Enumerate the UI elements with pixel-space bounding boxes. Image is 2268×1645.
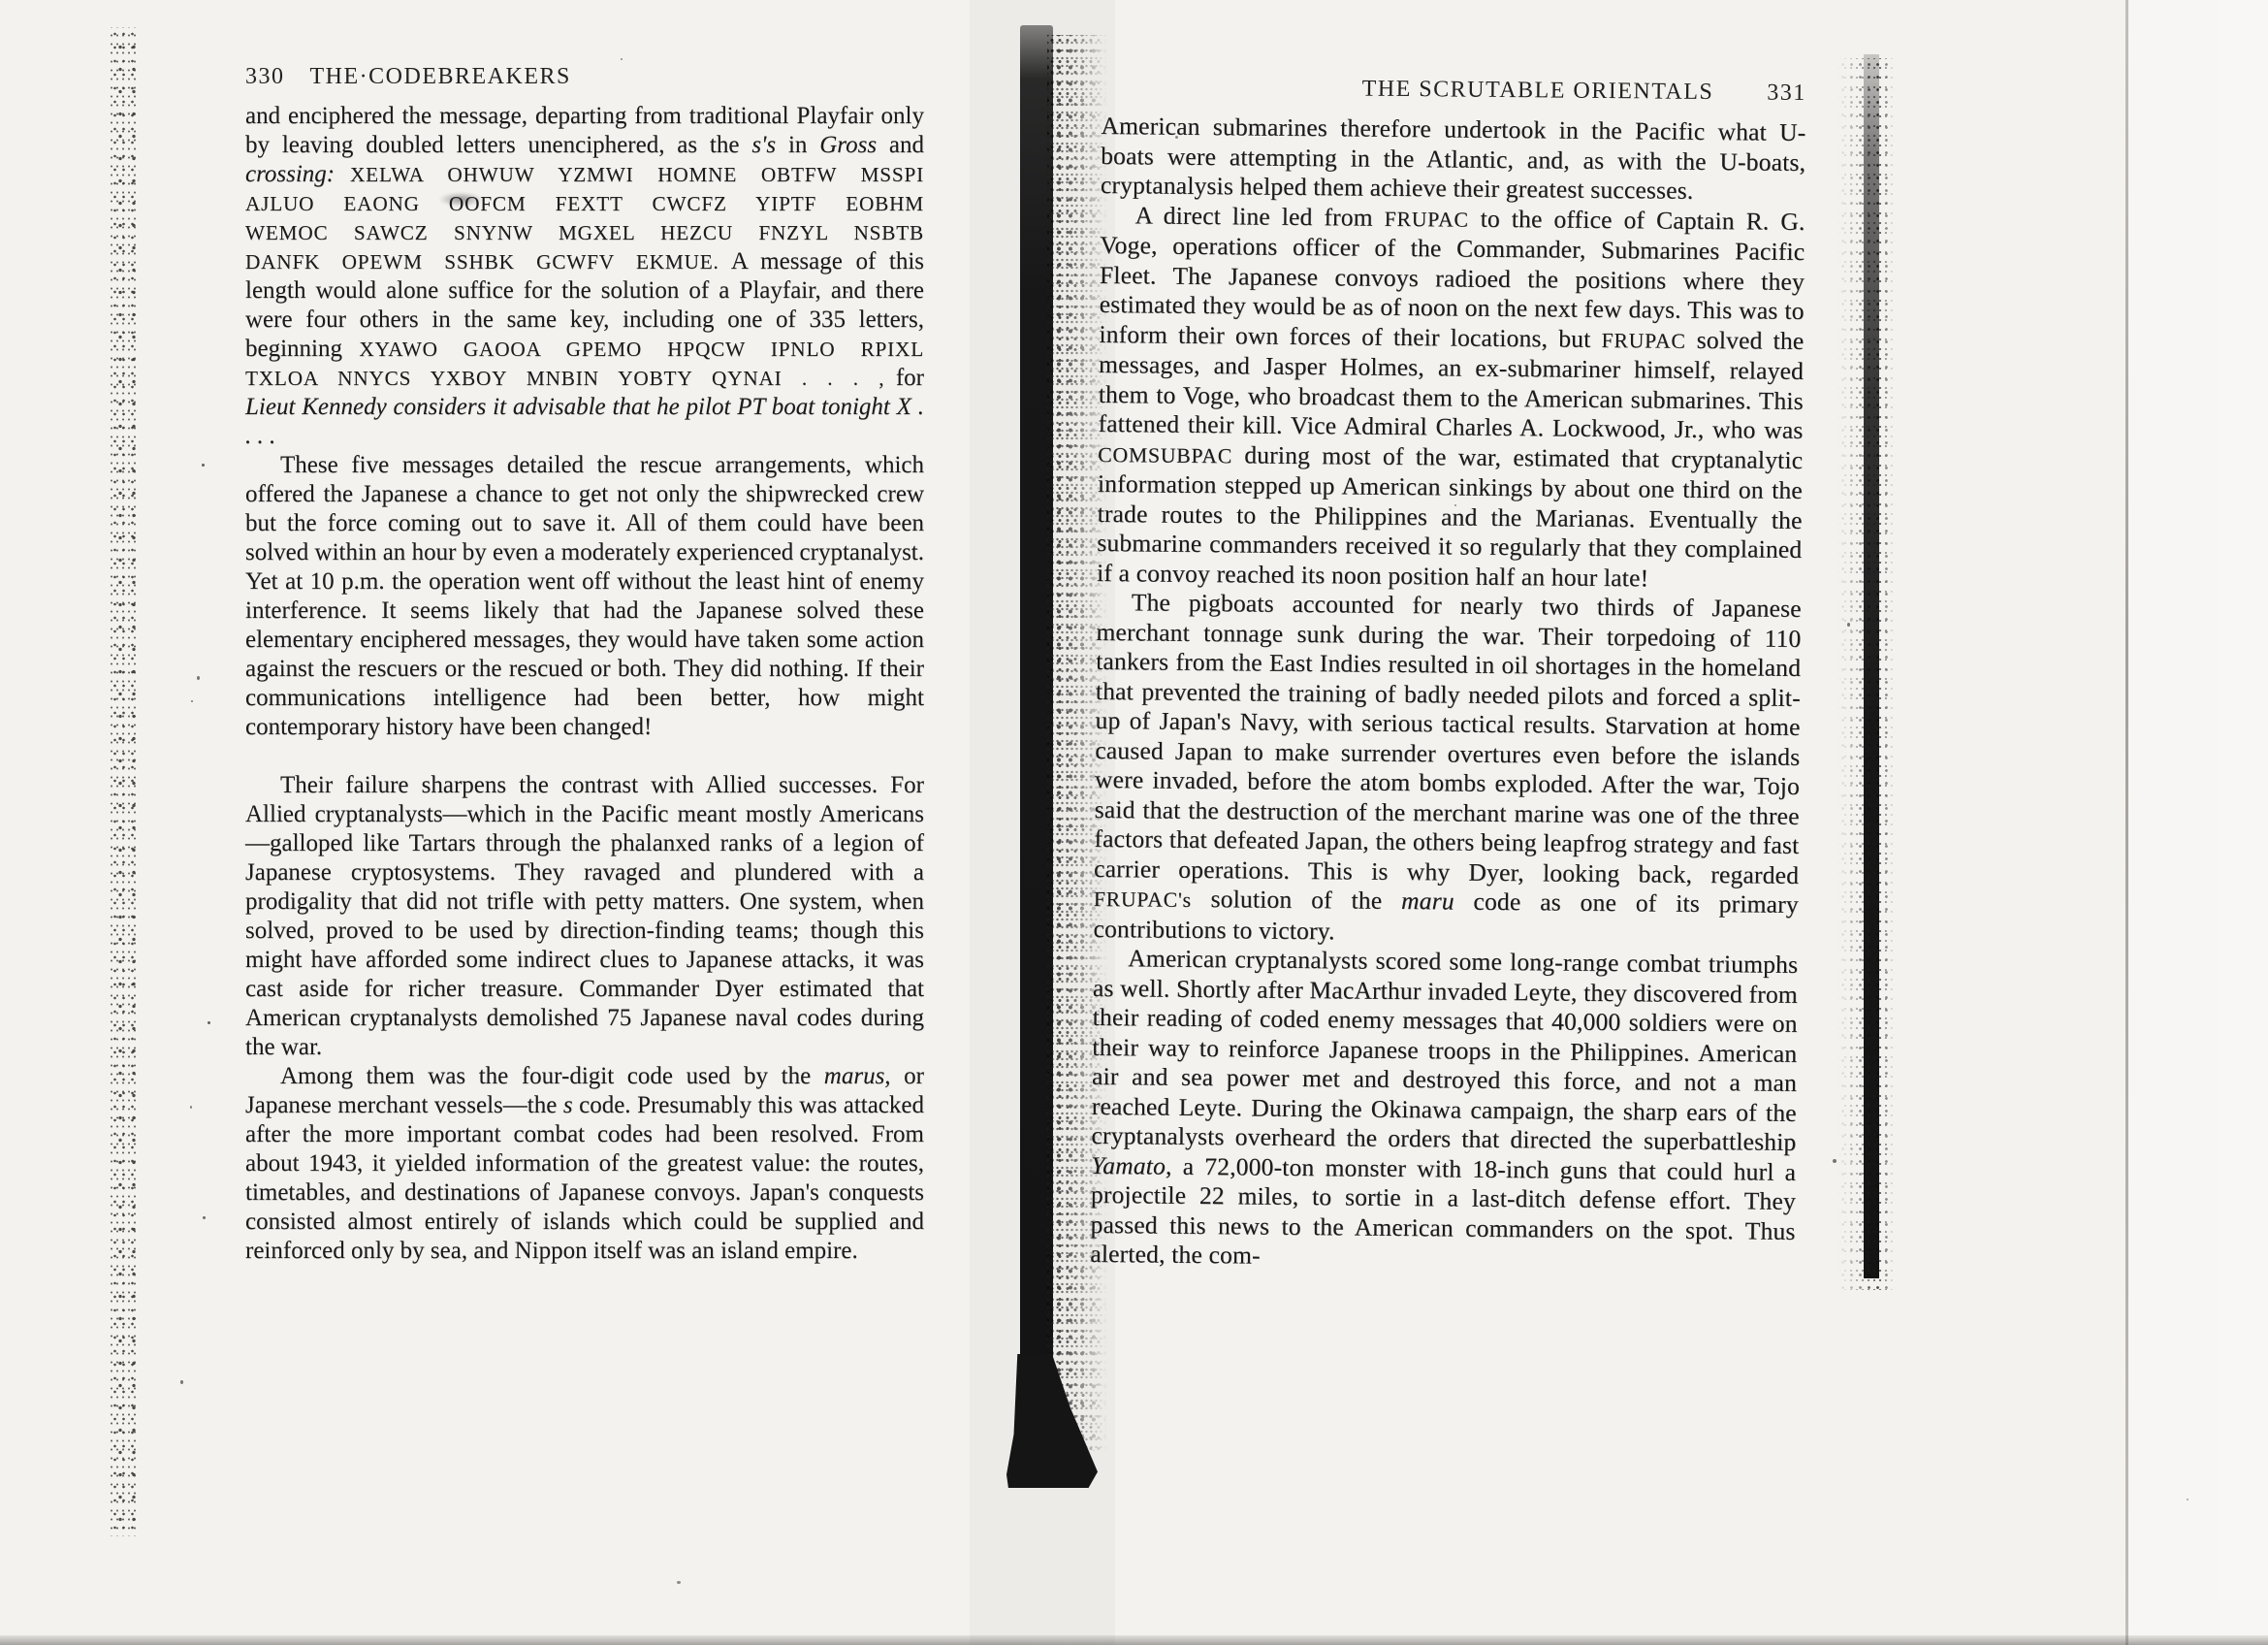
right-paragraph-4: American cryptanalysts scored some long-…	[1090, 944, 1798, 1275]
scanned-book-spread: 330 THE·CODEBREAKERS and enciphered the …	[0, 0, 2268, 1645]
left-page-number: 330	[245, 64, 285, 90]
text-segment: and	[877, 132, 924, 158]
scan-background-right	[2128, 0, 2268, 1645]
text-segment: a 72,000-ton monster with 18-inch guns t…	[1090, 1151, 1796, 1269]
text-segment: maru	[1401, 887, 1454, 916]
text-segment: Among them was the four-digit code used …	[280, 1063, 824, 1089]
right-running-head-title: THE SCRUTABLE ORIENTALS	[1362, 77, 1714, 106]
binding-shade	[970, 0, 1115, 1645]
text-segment: American cryptanalysts scored some long-…	[1091, 944, 1798, 1156]
scanner-bottom-edge	[0, 1635, 2268, 1645]
speck	[677, 1581, 681, 1584]
speck	[2187, 1499, 2188, 1500]
right-paragraph-3: The pigboats accounted for nearly two th…	[1093, 588, 1801, 951]
right-running-head: THE SCRUTABLE ORIENTALS 331	[1102, 74, 1806, 107]
left-paragraph-4: Among them was the four-digit code used …	[245, 1062, 924, 1266]
text-segment: FRUPAC	[1601, 328, 1685, 352]
text-segment: Their failure sharpens the contrast with…	[245, 772, 924, 1060]
speck	[208, 1021, 210, 1024]
binding-ink-blot	[1006, 1354, 1098, 1488]
right-page: THE SCRUTABLE ORIENTALS 331 American sub…	[1090, 74, 1806, 1275]
left-running-head-title: THE·CODEBREAKERS	[310, 64, 571, 90]
text-segment: Gross	[819, 132, 877, 158]
right-paragraph-1: American submarines therefore undertook …	[1101, 112, 1806, 207]
left-page: 330 THE·CODEBREAKERS and enciphered the …	[245, 64, 924, 1266]
page-edge-noise	[1838, 58, 1895, 1290]
text-segment: s's	[751, 132, 776, 158]
speck	[621, 58, 623, 60]
left-edge-noise	[109, 27, 138, 1536]
binding-shadow-bar	[1020, 25, 1053, 1364]
text-segment: marus,	[824, 1063, 891, 1089]
text-segment: for	[884, 365, 924, 391]
speck	[202, 464, 205, 467]
text-segment: FRUPAC	[1385, 207, 1469, 231]
right-paragraph-2: A direct line led from FRUPAC to the off…	[1097, 200, 1805, 594]
text-segment: s	[563, 1092, 573, 1118]
text-segment: Lieut Kennedy considers it advisable tha…	[245, 394, 924, 449]
right-page-number: 331	[1767, 81, 1806, 107]
speck	[180, 1380, 183, 1384]
text-segment: The pigboats accounted for nearly two th…	[1094, 588, 1802, 888]
speck	[190, 1106, 192, 1109]
text-segment: Yamato,	[1091, 1150, 1172, 1179]
left-paragraph-2: These five messages detailed the rescue …	[245, 451, 924, 742]
text-segment: crossing:	[245, 161, 335, 187]
page-edge-band	[1864, 54, 1879, 1278]
text-segment	[335, 161, 350, 187]
text-segment: solution of the	[1192, 885, 1402, 915]
text-segment: American submarines therefore undertook …	[1101, 112, 1806, 205]
text-segment: A direct line led from	[1134, 201, 1384, 231]
paper-edge-line	[2125, 0, 2128, 1645]
left-running-head: 330 THE·CODEBREAKERS	[245, 64, 924, 90]
speck	[1847, 623, 1850, 627]
left-paragraph-3: Their failure sharpens the contrast with…	[245, 771, 924, 1062]
left-paragraph-1: and enciphered the message, departing fr…	[245, 102, 924, 451]
speck	[197, 676, 200, 680]
speck	[203, 1216, 206, 1219]
text-segment: in	[776, 132, 819, 158]
speck	[191, 700, 193, 702]
text-segment: These five messages detailed the rescue …	[245, 452, 924, 740]
speck	[1833, 1159, 1837, 1163]
text-segment: FRUPAC's	[1094, 887, 1192, 912]
text-segment: COMSUBPAC	[1098, 442, 1232, 467]
